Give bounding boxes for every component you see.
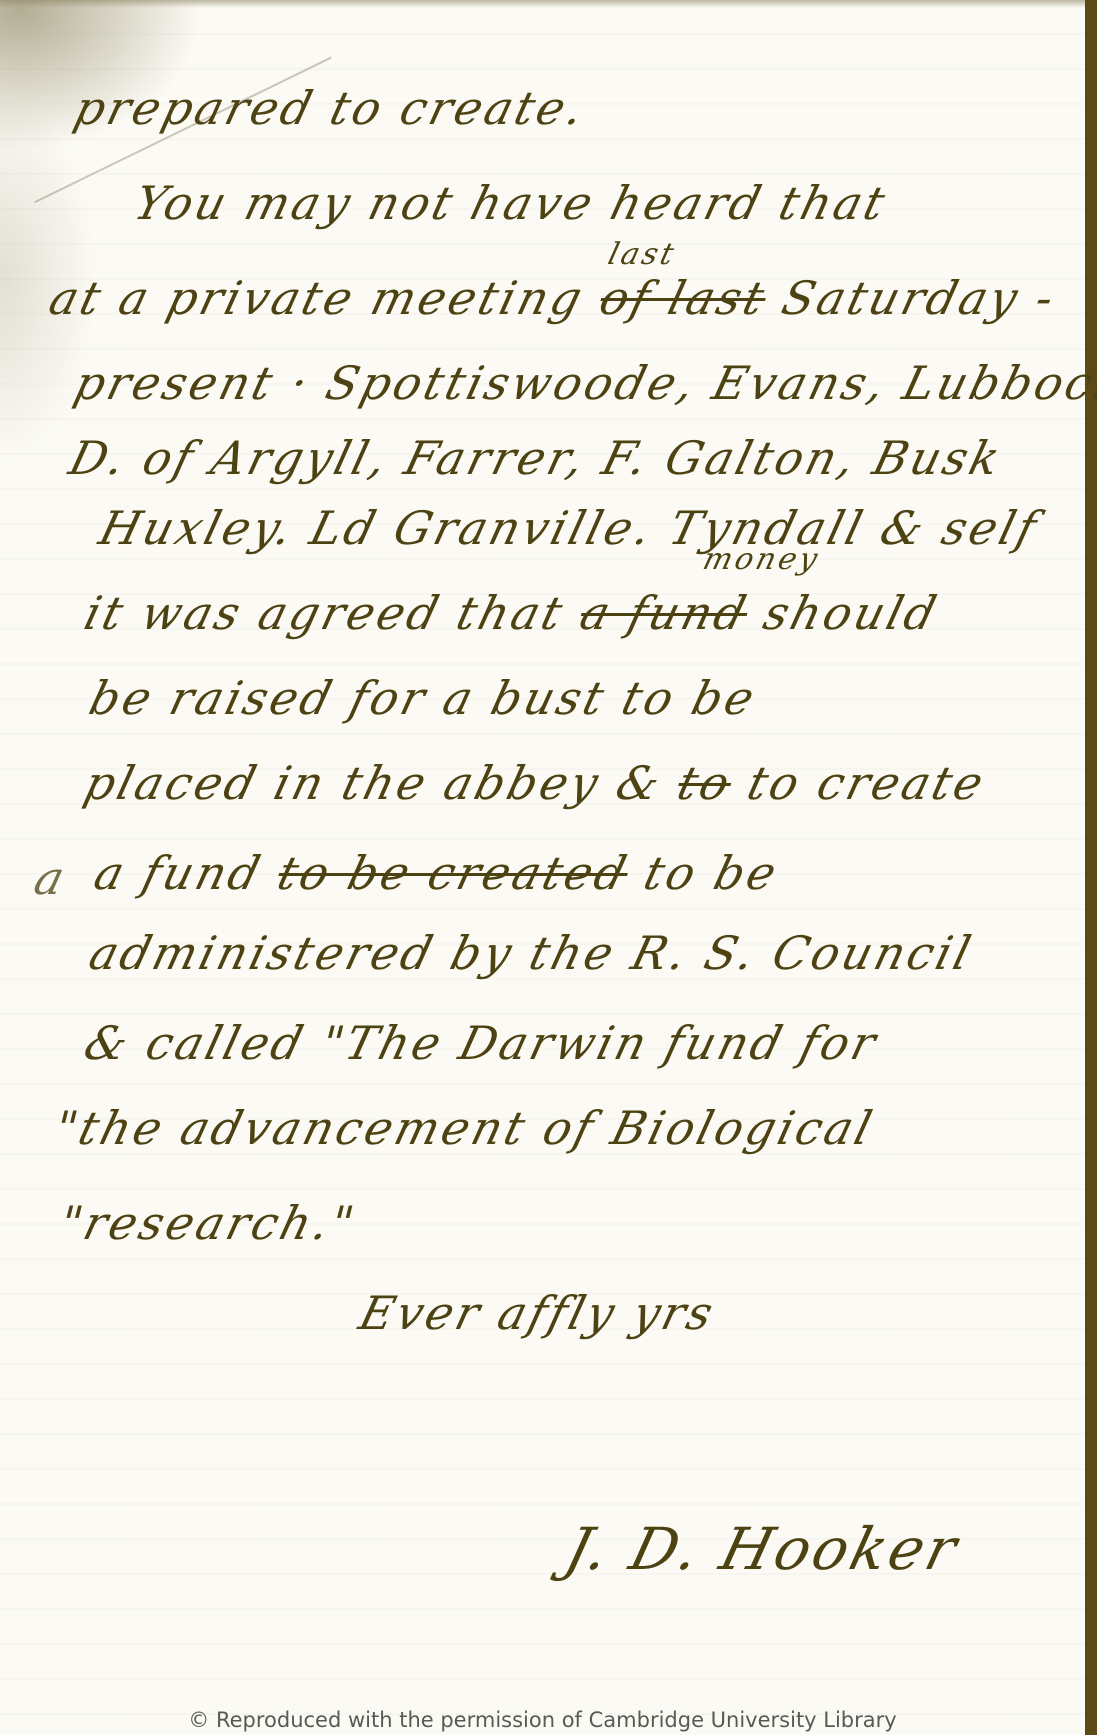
closing-salutation: Ever affly yrs [355,1290,720,1336]
struck-text: a fund [575,586,754,640]
handwritten-line-4: present · Spottiswoode, Evans, Lubbock, [70,360,1097,406]
handwritten-insertion-money: money [700,545,823,575]
handwritten-line-14: "research." [55,1200,361,1246]
line-text-before: it was agreed that [79,586,571,640]
line-text-after: should [758,586,944,640]
line-text-after: Saturday - [777,271,1063,325]
handwritten-line-11: administered by the R. S. Council [85,930,978,976]
handwritten-line-2: You may not have heard that [130,180,892,226]
letter-page: prepared to create. You may not have hea… [0,0,1097,1735]
line-text-before: a fund [89,846,268,900]
struck-text: to [672,756,738,810]
handwritten-line-9: placed in the abbey & to to create [80,760,990,806]
scan-border [1085,0,1097,1735]
handwritten-line-10: a fund to be created to be [90,850,784,896]
handwritten-line-6: Huxley. Ld Granville. Tyndall & self [95,505,1044,551]
line-text-before: at a private meeting [44,271,590,325]
handwritten-line-8: be raised for a bust to be [85,675,761,721]
handwritten-insertion-last: last [605,240,679,270]
handwritten-line-5: D. of Argyll, Farrer, F. Galton, Busk [65,435,1007,481]
struck-text: to be created [272,846,634,900]
handwritten-line-13: "the advancement of Biological [50,1105,879,1151]
handwritten-line-12: & called "The Darwin fund for [80,1020,883,1066]
margin-note-a: a [30,855,72,901]
line-text-before: placed in the abbey & [79,756,668,810]
handwritten-line-1: prepared to create. [70,85,591,131]
line-text-after: to create [742,756,991,810]
line-text-after: to be [639,846,785,900]
signature: J. D. Hooker [560,1520,965,1578]
handwritten-line-3: at a private meeting of last Saturday - [45,275,1061,321]
handwritten-line-7: it was agreed that a fund should [80,590,943,636]
copyright-caption: © Reproduced with the permission of Camb… [0,1708,1085,1732]
page-top-edge [0,0,1085,8]
struck-text: of last [594,271,772,325]
